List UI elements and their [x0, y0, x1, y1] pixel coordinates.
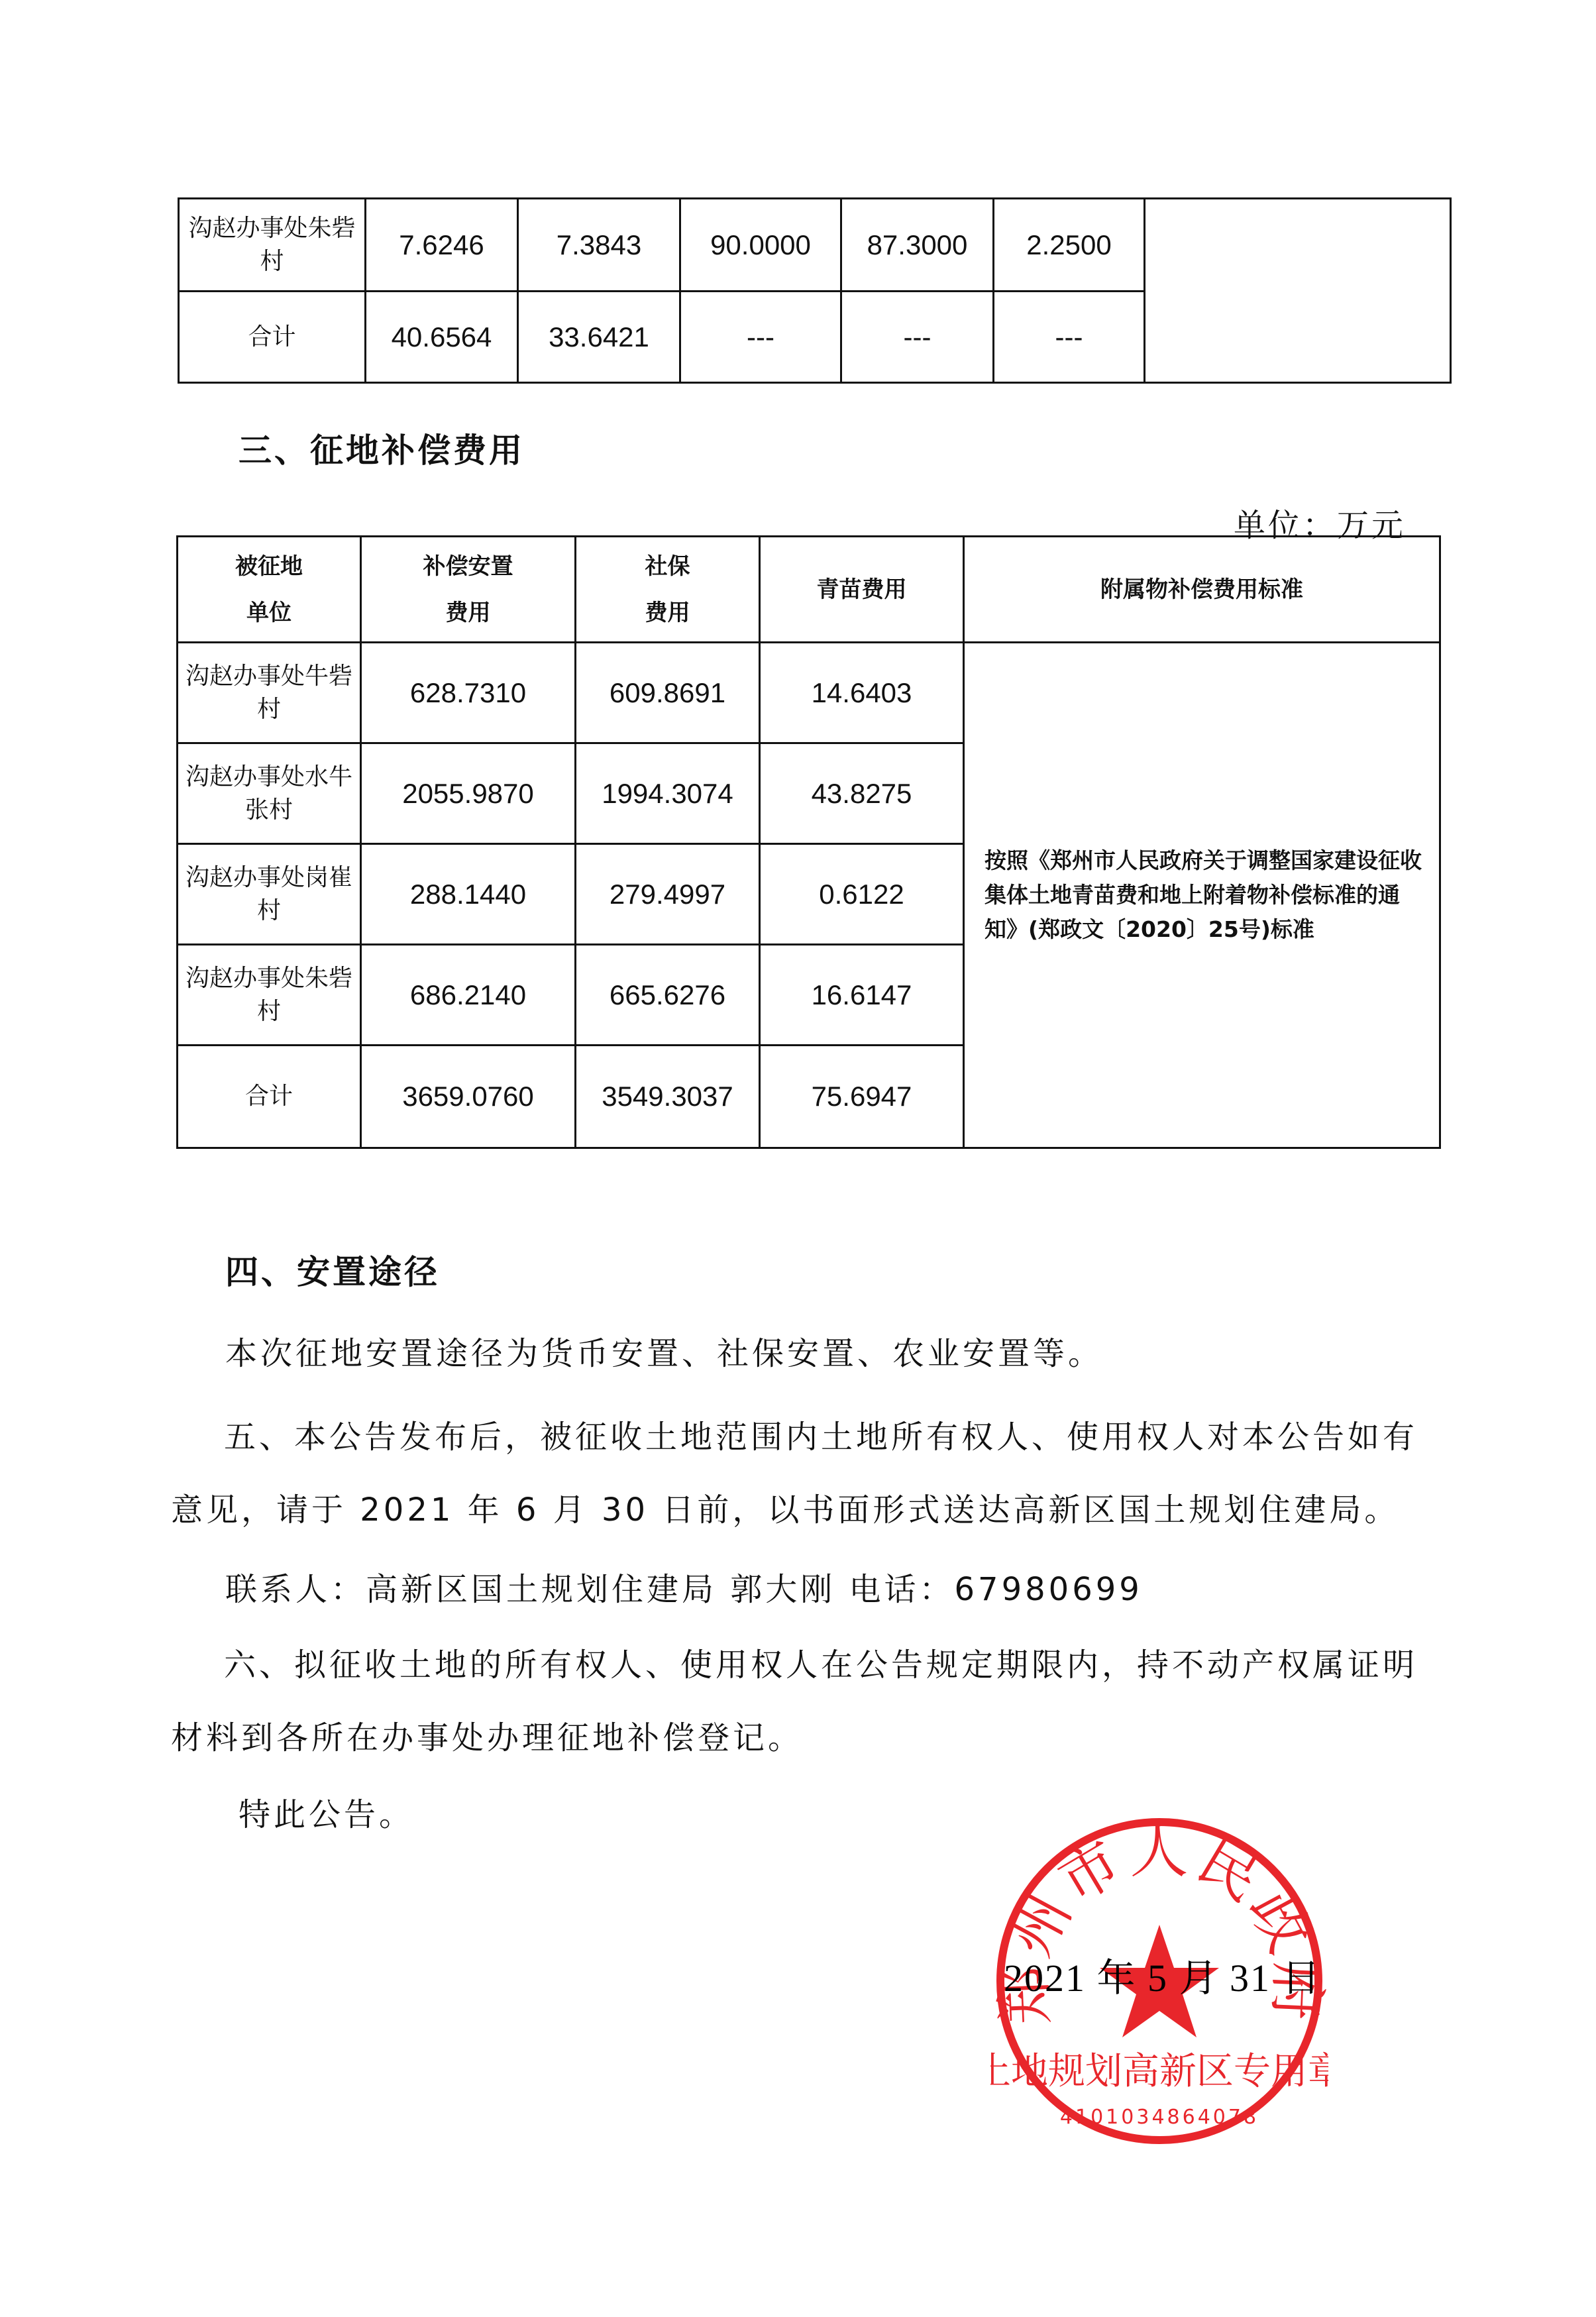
unit-cell: 沟赵办事处朱砦村: [178, 945, 361, 1046]
value-cell: 40.6564: [366, 292, 518, 383]
unit-cell: 沟赵办事处朱砦村: [179, 199, 366, 292]
value-cell: 1994.3074: [576, 743, 760, 844]
value-cell: 43.8275: [760, 743, 964, 844]
value-cell: 7.6246: [366, 199, 518, 292]
header-crop-fee: 青苗费用: [760, 537, 964, 643]
value-cell: 7.3843: [518, 199, 680, 292]
value-cell: 628.7310: [361, 643, 576, 743]
unit-cell: 沟赵办事处牛砦村: [178, 643, 361, 743]
header-social-security: 社保 费用: [576, 537, 760, 643]
total-label: 合计: [178, 1046, 361, 1148]
registration-text-line1: 六、拟征收土地的所有权人、使用权人在公告规定期限内，持不动产权属证明: [224, 1639, 1418, 1685]
value-cell: ---: [841, 292, 994, 383]
value-cell: 3549.3037: [576, 1046, 760, 1148]
table-header-row: 被征地 单位 补偿安置 费用 社保 费用 青苗费用 附属物补偿费用标准: [178, 537, 1440, 643]
value-cell: 2055.9870: [361, 743, 576, 844]
objection-text-line2: 意见，请于 2021 年 6 月 30 日前，以书面形式送达高新区国土规划住建局…: [171, 1484, 1399, 1530]
value-cell: 75.6947: [760, 1046, 964, 1148]
value-cell: ---: [994, 292, 1145, 383]
value-cell: 2.2500: [994, 199, 1145, 292]
value-cell: 279.4997: [576, 844, 760, 945]
resettlement-text: 本次征地安置途径为货币安置、社保安置、农业安置等。: [225, 1328, 1103, 1374]
value-cell: 14.6403: [760, 643, 964, 743]
land-area-table-continued: 沟赵办事处朱砦村 7.6246 7.3843 90.0000 87.3000 2…: [178, 197, 1452, 384]
section-heading-compensation: 三、征地补偿费用: [239, 424, 525, 472]
closing-text: 特此公告。: [239, 1789, 414, 1835]
value-cell: 90.0000: [680, 199, 841, 292]
registration-text-line2: 材料到各所在办事处办理征地补偿登记。: [171, 1712, 803, 1758]
value-cell: 609.8691: [576, 643, 760, 743]
empty-merged-cell: [1145, 199, 1451, 383]
objection-text-line1: 五、本公告发布后，被征收土地范围内土地所有权人、使用权人对本公告如有: [224, 1411, 1418, 1457]
table-row: 沟赵办事处朱砦村 7.6246 7.3843 90.0000 87.3000 2…: [179, 199, 1451, 292]
header-unit: 被征地 单位: [178, 537, 361, 643]
value-cell: 33.6421: [518, 292, 680, 383]
svg-text:土地规划高新区专用章: 土地规划高新区专用章: [990, 2050, 1328, 2093]
document-page: 沟赵办事处朱砦村 7.6246 7.3843 90.0000 87.3000 2…: [0, 0, 1596, 2317]
value-cell: ---: [680, 292, 841, 383]
section-heading-resettlement: 四、安置途径: [225, 1246, 440, 1293]
unit-cell: 沟赵办事处岗崔村: [178, 844, 361, 945]
value-cell: 665.6276: [576, 945, 760, 1046]
value-cell: 16.6147: [760, 945, 964, 1046]
table-row: 沟赵办事处牛砦村 628.7310 609.8691 14.6403 按照《郑州…: [178, 643, 1440, 743]
value-cell: 87.3000: [841, 199, 994, 292]
value-cell: 3659.0760: [361, 1046, 576, 1148]
header-compensation: 补偿安置 费用: [361, 537, 576, 643]
attachment-standard-note: 按照《郑州市人民政府关于调整国家建设征收集体土地青苗费和地上附着物补偿标准的通知…: [964, 643, 1440, 1148]
unit-cell: 沟赵办事处水牛张村: [178, 743, 361, 844]
header-attachment-standard: 附属物补偿费用标准: [964, 537, 1440, 643]
total-label: 合计: [179, 292, 366, 383]
value-cell: 686.2140: [361, 945, 576, 1046]
svg-text:4101034864078: 4101034864078: [1060, 2106, 1259, 2129]
compensation-table: 被征地 单位 补偿安置 费用 社保 费用 青苗费用 附属物补偿费用标准 沟赵办事…: [176, 535, 1441, 1149]
signature-date: 2021 年 5 月 31 日: [1004, 1947, 1322, 2002]
value-cell: 0.6122: [760, 844, 964, 945]
value-cell: 288.1440: [361, 844, 576, 945]
contact-info: 联系人：高新区国土规划住建局 郭大刚 电话：67980699: [225, 1564, 1143, 1609]
